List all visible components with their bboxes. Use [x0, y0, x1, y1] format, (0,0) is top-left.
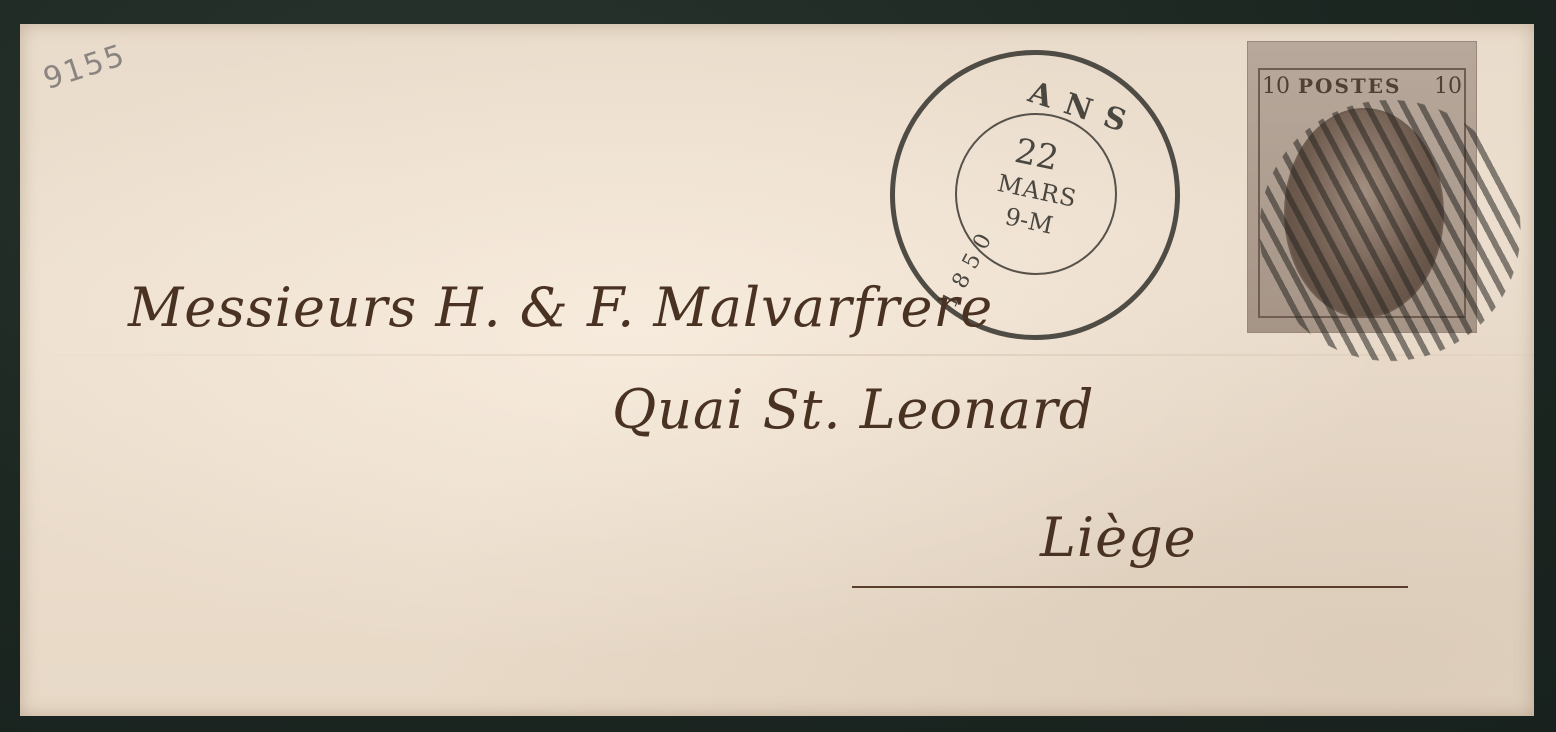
- barred-cancellation: [1250, 100, 1530, 390]
- postmark-time: 9-M: [1003, 202, 1056, 239]
- address-line-city: Liège: [1040, 506, 1197, 569]
- pencil-inventory-number: 9155: [39, 38, 130, 97]
- stamp-label: POSTES: [1298, 74, 1401, 98]
- city-underline: [852, 586, 1408, 588]
- address-line-street: Quai St. Leonard: [612, 378, 1094, 441]
- stamp-value-left: 10: [1262, 74, 1290, 99]
- stamp-value-right: 10: [1434, 74, 1462, 99]
- address-line-recipient: Messieurs H. & F. Malvarfrere: [128, 276, 993, 339]
